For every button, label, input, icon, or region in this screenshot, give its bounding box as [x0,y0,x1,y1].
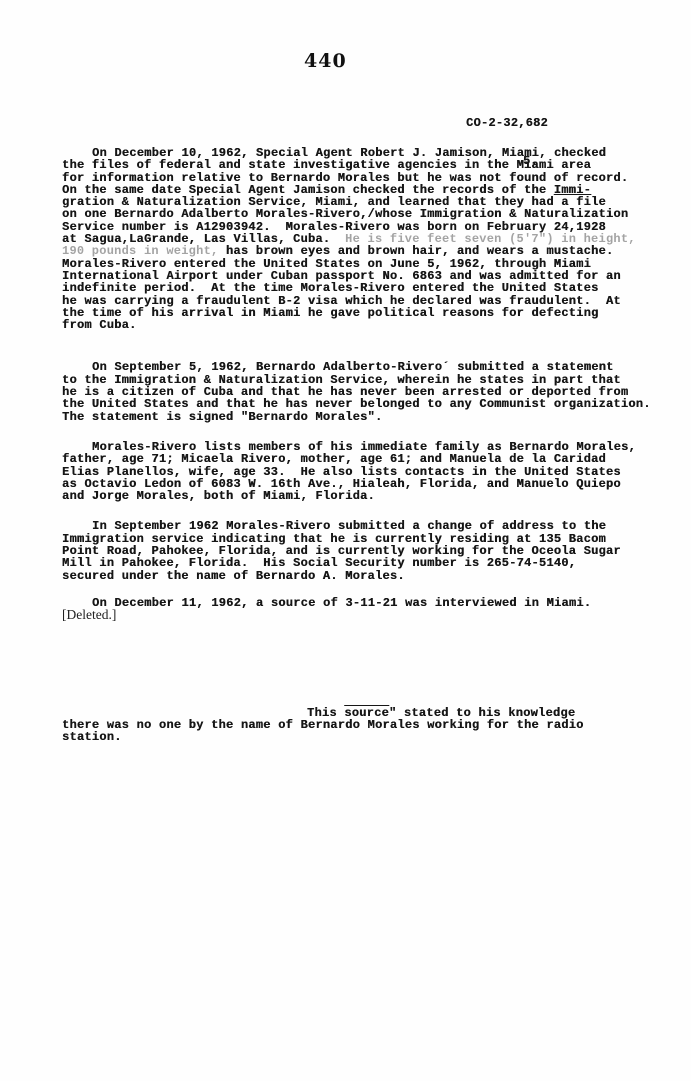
paragraph-4: In September 1962 Morales-Rivero submitt… [62,520,662,581]
text-line: from Cuba. [62,319,662,331]
paragraph-3: Morales-Rivero lists members of his imme… [62,441,662,502]
text-segment: there was no one by the name of Bernardo… [62,718,584,732]
text-segment: from Cuba. [62,318,137,332]
file-number: CO-2-32,682 [466,117,548,130]
text-line: On December 11, 1962, a source of 3-11-2… [62,597,662,609]
text-line: [Deleted.] [62,609,662,622]
document-body: On December 10, 1962, Special Agent Robe… [62,147,662,743]
paragraph-6: This source" stated to his knowledgether… [62,707,662,744]
text-segment: and Jorge Morales, both of Miami, Florid… [62,489,375,503]
paragraph-5: On December 11, 1962, a source of 3-11-2… [62,597,662,623]
text-segment: secured under the name of Bernardo A. Mo… [62,569,405,583]
text-segment: [Deleted.] [62,607,116,622]
text-line: station. [62,731,662,743]
text-line: The statement is signed "Bernardo Morale… [62,411,662,423]
text-segment: The statement is signed "Bernardo Morale… [62,410,382,424]
document-page: 440 CO-2-32,682 5. On December 10, 1962,… [0,0,691,1081]
page-number: 440 [304,50,347,72]
text-line: there was no one by the name of Bernardo… [62,719,662,731]
text-segment: station. [62,730,122,744]
text-line: the time of his arrival in Miami he gave… [62,307,662,319]
text-line: secured under the name of Bernardo A. Mo… [62,570,662,582]
text-segment: the time of his arrival in Miami he gave… [62,306,598,320]
paragraph-2: On September 5, 1962, Bernardo Adalberto… [62,361,662,422]
paragraph-1: On December 10, 1962, Special Agent Robe… [62,147,662,331]
text-segment: On December 11, 1962, a source of 3-11-2… [92,596,591,610]
text-line: and Jorge Morales, both of Miami, Florid… [62,490,662,502]
